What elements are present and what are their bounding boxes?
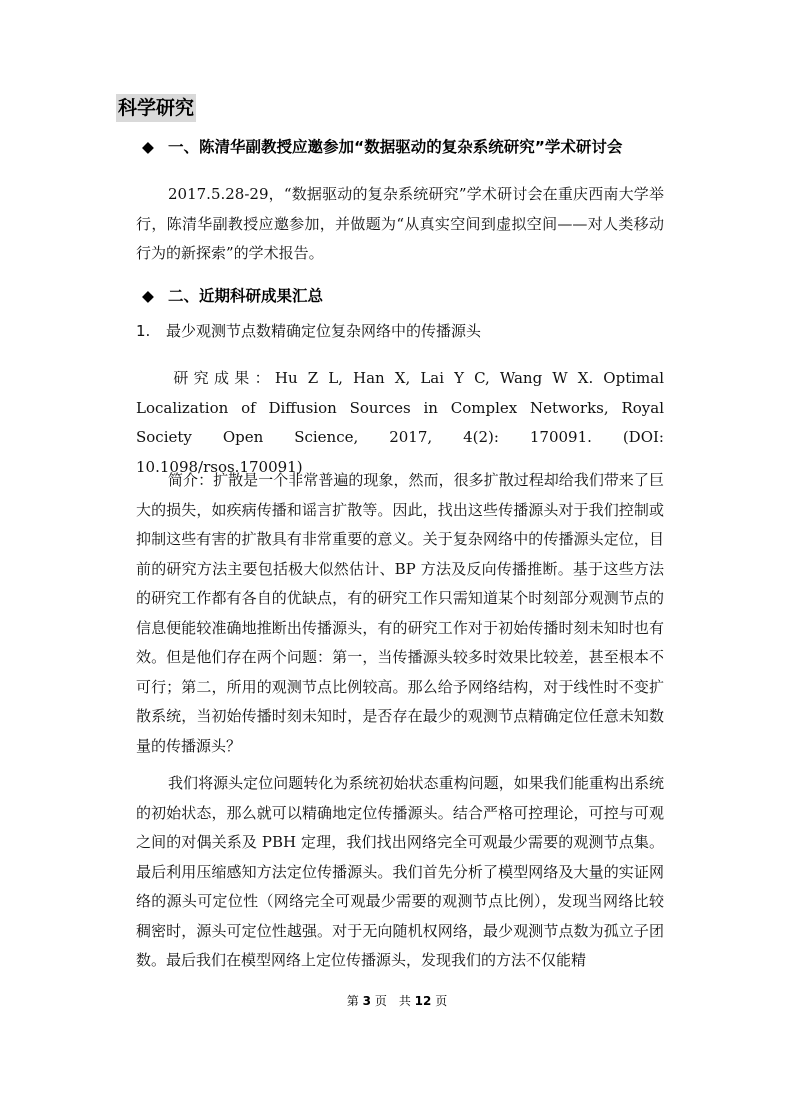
paragraph-method: 我们将源头定位问题转化为系统初始状态重构问题，如果我们能重构出系统的初始状态，那… [136,769,664,976]
paragraph-text: 我们将源头定位问题转化为系统初始状态重构问题，如果我们能重构出系统的初始状态，那… [136,774,664,969]
diamond-bullet-icon: ◆ [142,136,168,158]
paragraph-text: 研究成果：Hu Z L, Han X, Lai Y C, Wang W X. O… [136,369,664,476]
diamond-bullet-icon: ◆ [142,285,168,307]
footer-suffix: 页 [435,994,447,1008]
paragraph-intro: 简介：扩散是一个非常普遍的现象，然而，很多扩散过程却给我们带来了巨大的损失，如疾… [136,466,664,761]
paragraph-text: 简介：扩散是一个非常普遍的现象，然而，很多扩散过程却给我们带来了巨大的损失，如疾… [136,471,664,755]
heading-text: 一、陈清华副教授应邀参加“数据驱动的复杂系统研究”学术研讨会 [168,138,622,156]
heading-text: 二、近期科研成果汇总 [168,287,323,305]
numbered-subtitle: 1.最少观测节点数精确定位复杂网络中的传播源头 [136,320,481,342]
list-number: 1. [136,320,166,342]
subtitle-text: 最少观测节点数精确定位复杂网络中的传播源头 [166,322,481,340]
heading-item-1: ◆一、陈清华副教授应邀参加“数据驱动的复杂系统研究”学术研讨会 [142,136,622,158]
total-page-number: 12 [415,994,432,1008]
section-title: 科学研究 [116,94,196,122]
paragraph-text: 2017.5.28-29，“数据驱动的复杂系统研究”学术研讨会在重庆西南大学举行… [136,185,664,262]
heading-item-2: ◆二、近期科研成果汇总 [142,285,323,307]
document-page: 科学研究 ◆一、陈清华副教授应邀参加“数据驱动的复杂系统研究”学术研讨会 201… [0,0,794,1111]
page-footer: 第 3 页 共 12 页 [0,992,794,1009]
current-page-number: 3 [363,994,371,1008]
footer-mid: 页 共 [375,994,411,1008]
footer-prefix: 第 [347,994,359,1008]
paragraph-conference: 2017.5.28-29，“数据驱动的复杂系统研究”学术研讨会在重庆西南大学举行… [136,180,664,269]
paragraph-result: 研究成果：Hu Z L, Han X, Lai Y C, Wang W X. O… [136,364,664,482]
